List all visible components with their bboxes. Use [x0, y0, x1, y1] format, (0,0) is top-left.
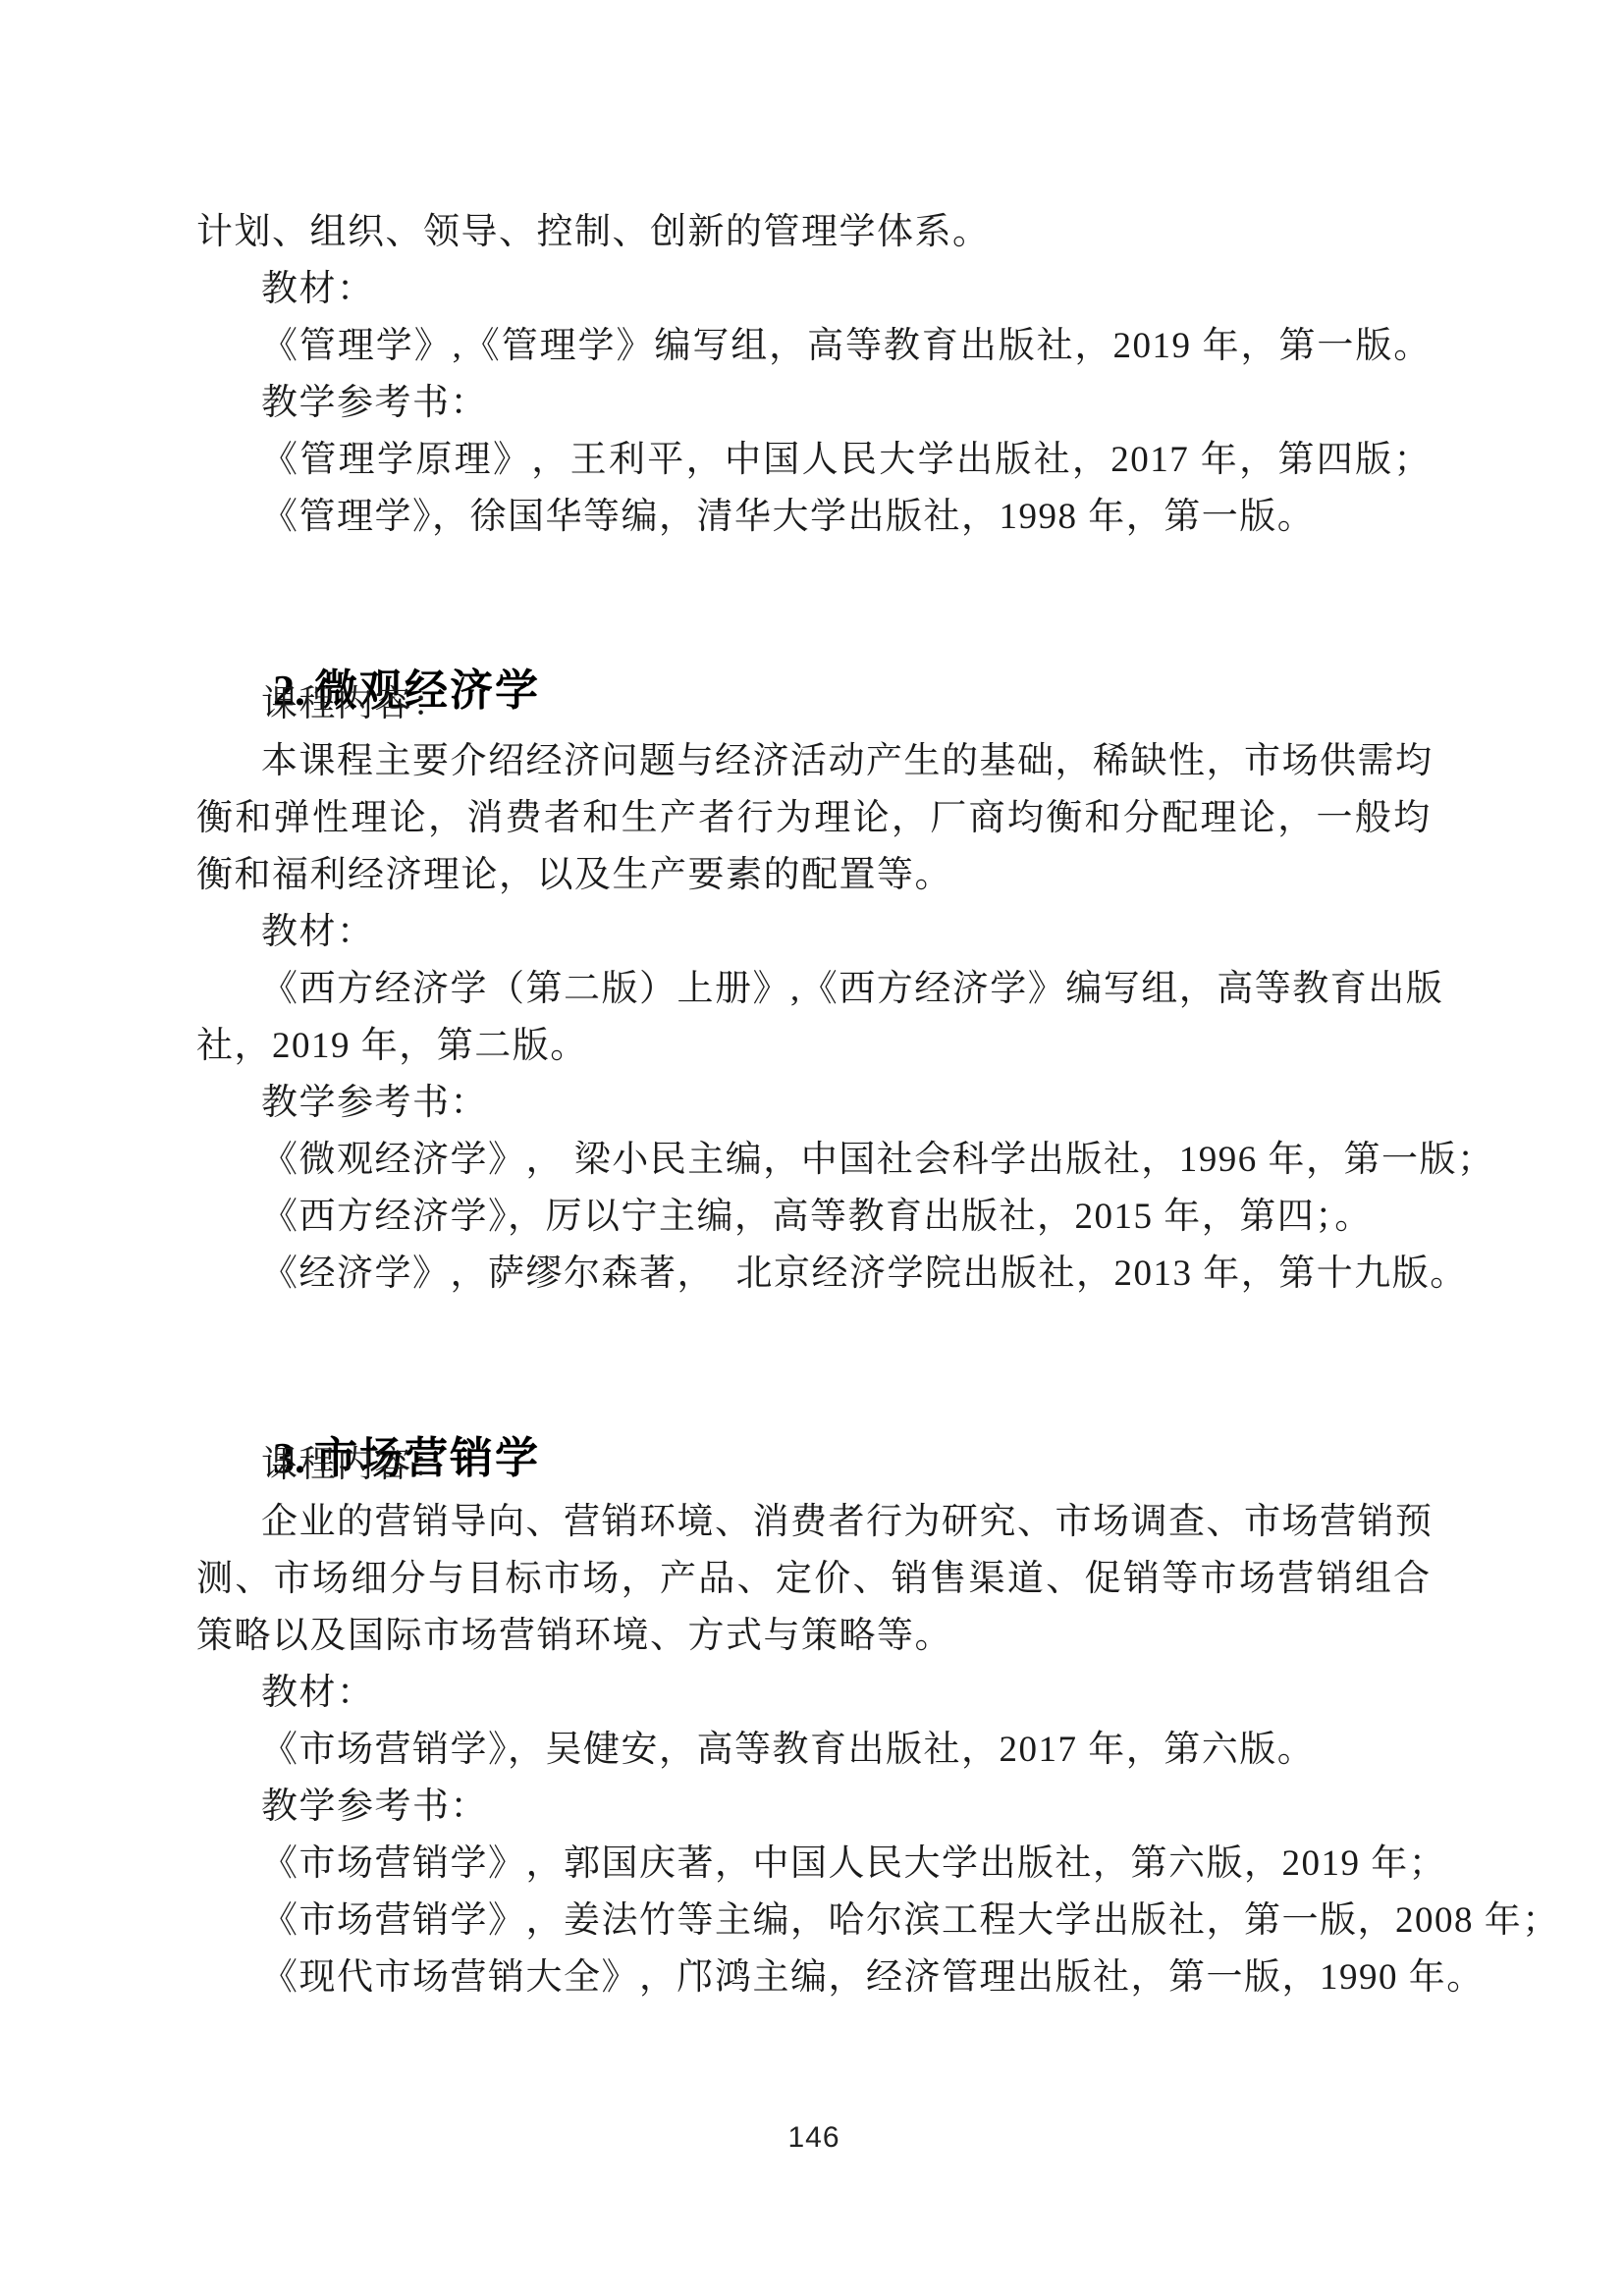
reference-entry: 《管理学原理》，王利平，中国人民大学出版社，2017 年，第四版；	[196, 432, 1432, 489]
reference-label: 教学参考书：	[196, 1075, 1432, 1132]
textbook-label: 教材：	[196, 1665, 1432, 1722]
page-content: 计划、组织、领导、控制、创新的管理学体系。 教材： 《管理学》,《管理学》编写组…	[196, 0, 1432, 2158]
content-line: 本课程主要介绍经济问题与经济活动产生的基础，稀缺性，市场供需均	[196, 733, 1432, 790]
textbook-entry: 《西方经济学（第二版）上册》,《西方经济学》编写组，高等教育出版	[196, 961, 1432, 1018]
content-line: 衡和福利经济理论，以及生产要素的配置等。	[196, 847, 1432, 904]
reference-entry: 《管理学》，徐国华等编，清华大学出版社，1998 年，第一版。	[196, 489, 1432, 546]
content-label: 课程内容：	[196, 1437, 1432, 1494]
reference-label: 教学参考书：	[196, 1779, 1432, 1836]
reference-entry: 《西方经济学》，厉以宁主编，高等教育出版社，2015 年，第四；。	[196, 1189, 1432, 1246]
content-line: 测、市场细分与目标市场，产品、定价、销售渠道、促销等市场营销组合	[196, 1551, 1432, 1608]
reference-entry: 《现代市场营销大全》，邝鸿主编，经济管理出版社，第一版，1990 年。	[196, 1949, 1432, 2006]
content-line: 企业的营销导向、营销环境、消费者行为研究、市场调查、市场营销预	[196, 1494, 1432, 1551]
document-page: 计划、组织、领导、控制、创新的管理学体系。 教材： 《管理学》,《管理学》编写组…	[0, 0, 1624, 2296]
reference-entry: 《经济学》，萨缪尔森著， 北京经济学院出版社，2013 年，第十九版。	[196, 1246, 1432, 1303]
content-label: 课程内容：	[196, 676, 1432, 733]
continued-paragraph-line: 计划、组织、领导、控制、创新的管理学体系。	[196, 204, 1432, 261]
textbook-label: 教材：	[196, 904, 1432, 961]
reference-entry: 《微观经济学》， 梁小民主编，中国社会科学出版社，1996 年，第一版；	[196, 1132, 1432, 1189]
textbook-entry: 《管理学》,《管理学》编写组，高等教育出版社，2019 年，第一版。	[196, 318, 1432, 375]
course-heading-marketing: 3.市场营销学	[196, 1373, 1432, 1430]
content-line: 策略以及国际市场营销环境、方式与策略等。	[196, 1608, 1432, 1665]
textbook-entry-continuation: 社，2019 年，第二版。	[196, 1018, 1432, 1075]
content-line: 衡和弹性理论，消费者和生产者行为理论，厂商均衡和分配理论，一般均	[196, 790, 1432, 847]
reference-label: 教学参考书：	[196, 375, 1432, 432]
reference-entry: 《市场营销学》，郭国庆著，中国人民大学出版社，第六版，2019 年；	[196, 1836, 1432, 1893]
course-heading-microeconomics: 2.微观经济学	[196, 606, 1432, 663]
textbook-entry: 《市场营销学》，吴健安，高等教育出版社，2017 年，第六版。	[196, 1722, 1432, 1779]
page-number: 146	[196, 2118, 1432, 2158]
reference-entry: 《市场营销学》，姜法竹等主编，哈尔滨工程大学出版社，第一版，2008 年；	[196, 1893, 1432, 1949]
textbook-label: 教材：	[196, 261, 1432, 318]
